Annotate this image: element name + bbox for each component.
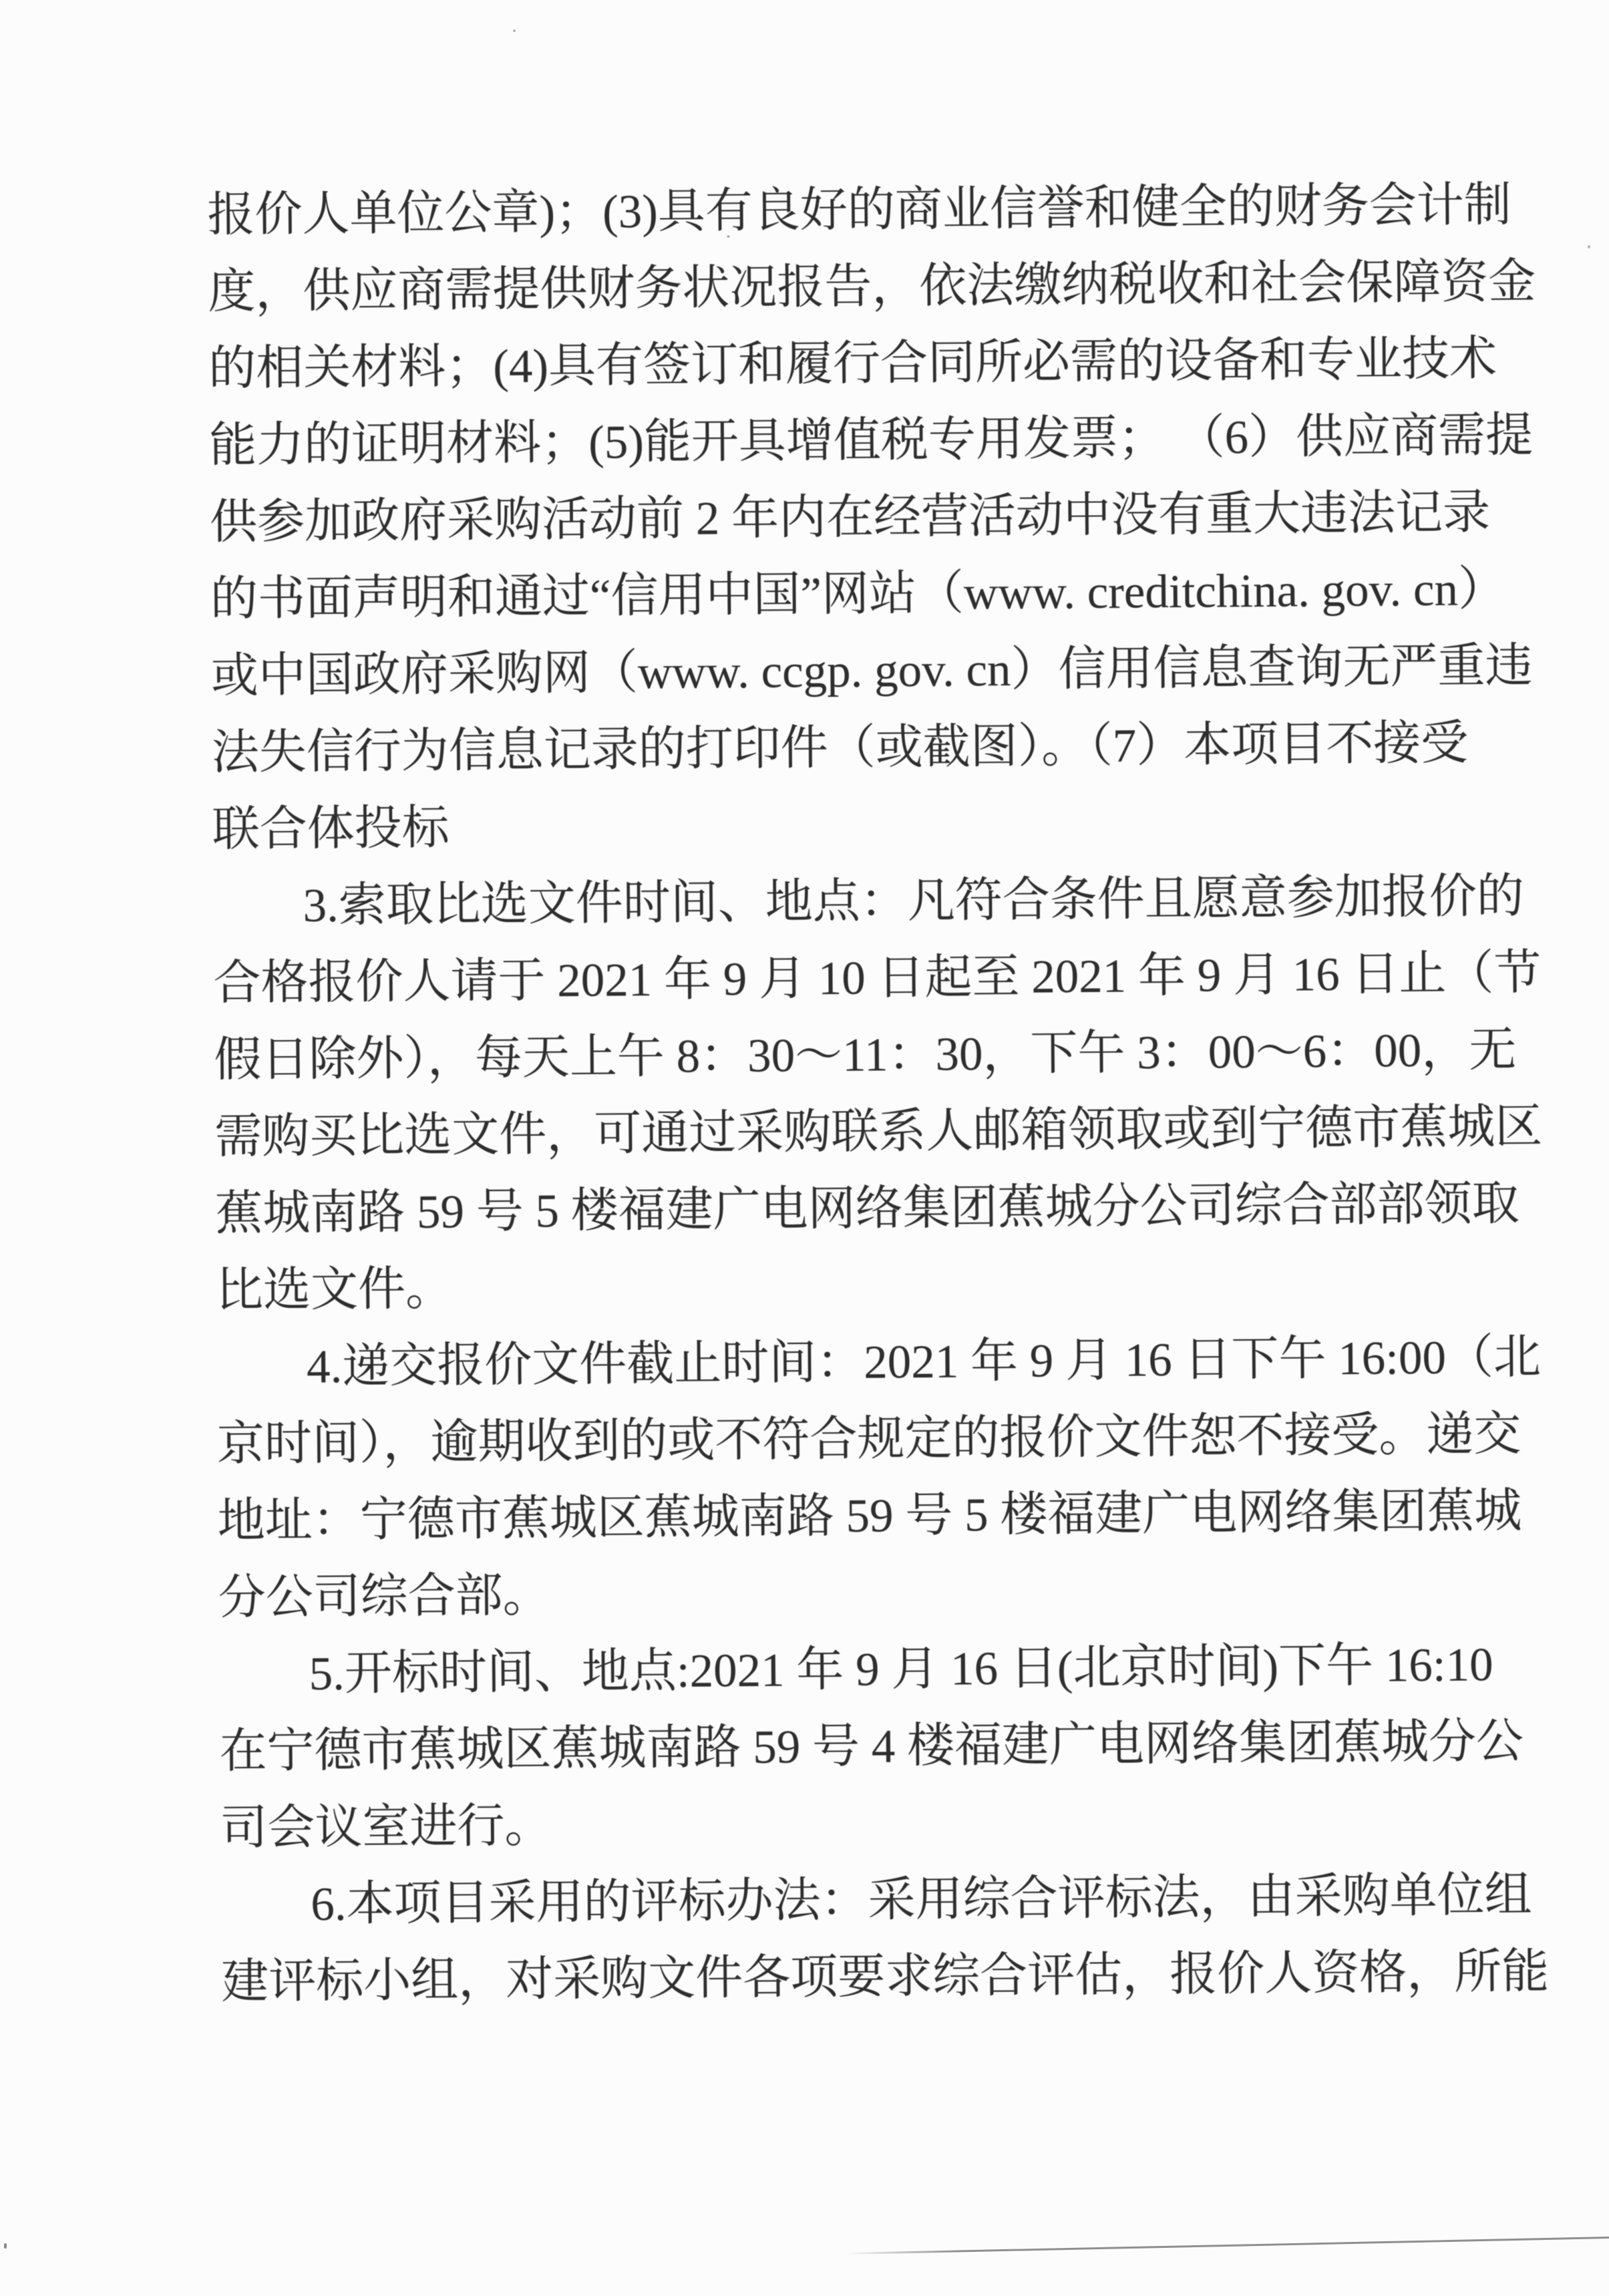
text-line: 3.索取比选文件时间、地点：凡符合条件且愿意参加报价的 [212,859,1469,946]
text-line: 或中国政府采购网（www. ccgp. gov. cn）信用信息查询无严重违 [210,629,1467,715]
text-line: 分公司综合部。 [218,1550,1474,1637]
text-line: 能力的证明材料；(5)能开具增值税专用发票； （6）供应商需提 [209,398,1465,485]
text-line: 合格报价人请于 2021 年 9 月 10 日起至 2021 年 9 月 16 … [213,936,1469,1023]
text-line: 假日除外），每天上午 8：30～11：30，下午 3：00～6：00，无 [214,1013,1470,1100]
text-line: 度，供应商需提供财务状况报告，依法缴纳税收和社会保障资金 [208,244,1464,331]
text-line: 京时间），逾期收到的或不符合规定的报价文件恕不接受。递交 [216,1397,1473,1484]
scan-artifact-line [845,2237,1609,2255]
scan-speck [513,29,516,32]
text-line: 比选文件。 [216,1243,1472,1330]
text-line: 蕉城南路 59 号 5 楼福建广电网络集团蕉城分公司综合部部领取 [215,1166,1471,1253]
text-line: 联合体投标 [212,782,1468,869]
text-line: 法失信行为信息记录的打印件（或截图）。（7）本项目不接受 [211,705,1467,792]
scan-speck [1588,245,1590,249]
scanned-page: 报价人单位公章)；(3)具有良好的商业信誉和健全的财务会计制度，供应商需提供财务… [0,0,1609,2296]
text-line: 4.递交报价文件截止时间：2021 年 9 月 16 日下午 16:00（北 [216,1320,1473,1407]
text-line: 建评标小组，对采购文件各项要求综合评估，报价人资格，所能 [221,1935,1477,2021]
scan-speck [727,235,730,238]
text-line: 需购买比选文件，可通过采购联系人邮箱领取或到宁德市蕉城区 [214,1090,1471,1176]
text-line: 供参加政府采购活动前 2 年内在经营活动中没有重大违法记录 [210,475,1466,562]
text-line: 6.本项目采用的评标办法：采用综合评标法，由采购单位组 [220,1858,1477,1945]
text-line: 地址：宁德市蕉城区蕉城南路 59 号 5 楼福建广电网络集团蕉城 [217,1474,1473,1561]
document-text-block: 报价人单位公章)；(3)具有良好的商业信誉和健全的财务会计制度，供应商需提供财务… [207,168,1477,2021]
scan-speck [4,2243,7,2249]
text-line: 司会议室进行。 [220,1781,1476,1868]
text-line: 5.开标时间、地点:2021 年 9 月 16 日(北京时间)下午 16:10 [218,1627,1475,1714]
text-line: 的书面声明和通过“信用中国”网站（www. creditchina. gov. … [210,552,1467,639]
text-line: 在宁德市蕉城区蕉城南路 59 号 4 楼福建广电网络集团蕉城分公 [219,1704,1475,1791]
text-line: 报价人单位公章)；(3)具有良好的商业信誉和健全的财务会计制 [207,168,1463,255]
text-line: 的相关材料；(4)具有签订和履行合同所必需的设备和专业技术 [208,321,1465,408]
